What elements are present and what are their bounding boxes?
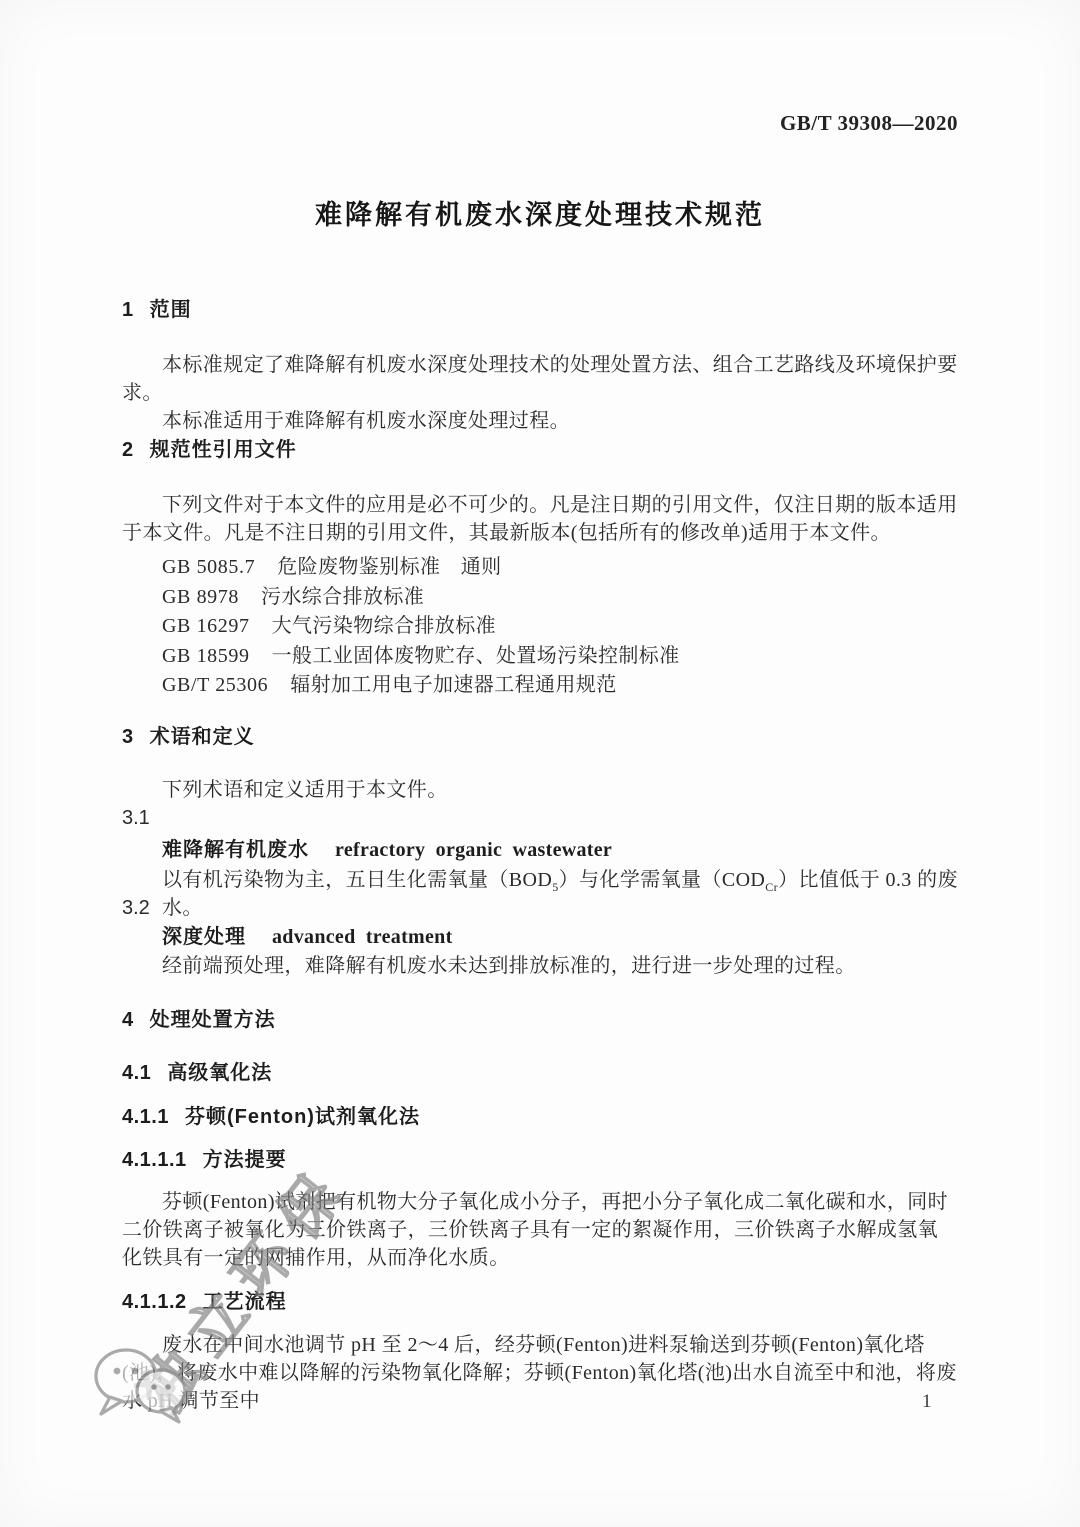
section-title: 方法提要: [203, 1149, 287, 1171]
term-number-3-1: 3.1: [122, 804, 958, 832]
term-chinese: 难降解有机废水: [162, 839, 309, 861]
section-4-heading: 4处理处置方法: [122, 1005, 958, 1035]
section-number: 1: [122, 299, 134, 321]
reference-name: 辐射加工用电子加速器工程通用规范: [290, 674, 616, 696]
standard-code: GB/T 39308—2020: [122, 110, 958, 136]
section-title: 处理处置方法: [150, 1009, 276, 1031]
term-line: 难降解有机废水refractory organic wastewater: [162, 836, 998, 864]
doc-title: 难降解有机废水深度处理技术规范: [122, 196, 958, 234]
section-3-heading: 3术语和定义: [122, 722, 958, 752]
reference-name: 一般工业固体废物贮存、处置场污染控制标准: [272, 645, 680, 667]
reference-item: GB 8978污水综合排放标准: [162, 583, 998, 613]
reference-item: GB 5085.7危险废物鉴别标准 通则: [162, 553, 998, 583]
term-line: 深度处理advanced treatment: [162, 923, 998, 951]
scope-paragraph-2: 本标准适用于难降解有机废水深度处理过程。: [122, 407, 958, 435]
reference-item: GB 16297大气污染物综合排放标准: [162, 612, 998, 642]
definition-segment: 以有机污染物为主，五日生化需氧量（BOD: [162, 869, 552, 891]
section-number: 4.1.1: [122, 1106, 169, 1128]
term-chinese: 深度处理: [162, 926, 246, 948]
scope-paragraphs: 本标准规定了难降解有机废水深度处理技术的处理处置方法、组合工艺路线及环境保护要求…: [122, 351, 958, 435]
references-intro: 下列文件对于本文件的应用是必不可少的。凡是注日期的引用文件，仅注日期的版本适用于…: [122, 491, 958, 547]
document-page: GB/T 39308—2020 难降解有机废水深度处理技术规范 1范围 本标准规…: [0, 0, 1080, 1527]
term-english: advanced treatment: [272, 926, 453, 948]
section-4-1-heading: 4.1高级氧化法: [122, 1058, 958, 1088]
term-entry-3-2: 深度处理advanced treatment: [122, 923, 998, 951]
section-number: 4.1.1.2: [122, 1291, 187, 1313]
definition-text: 经前端预处理，难降解有机废水未达到排放标准的，进行进一步处理的过程。: [162, 952, 998, 980]
section-number: 4: [122, 1009, 134, 1031]
definition-segment: ）与化学需氧量（COD: [559, 869, 766, 891]
reference-name: 大气污染物综合排放标准: [272, 615, 496, 637]
term-english: refractory organic wastewater: [335, 839, 612, 861]
term-number-3-2: 3.2: [122, 894, 958, 922]
process-flow-paragraph: 废水在中间水池调节 pH 至 2～4 后，经芬顿(Fenton)进料泵输送到芬顿…: [122, 1331, 958, 1415]
reference-item: GB 18599一般工业固体废物贮存、处置场污染控制标准: [162, 642, 998, 672]
section-1-heading: 1范围: [122, 295, 958, 325]
reference-code: GB 16297: [162, 615, 250, 637]
reference-item: GB/T 25306辐射加工用电子加速器工程通用规范: [162, 671, 998, 701]
definition-3-2: 经前端预处理，难降解有机废水未达到排放标准的，进行进一步处理的过程。: [122, 952, 998, 980]
section-4-1-1-1-heading: 4.1.1.1方法提要: [122, 1145, 958, 1175]
reference-name: 污水综合排放标准: [261, 586, 424, 608]
references-list: GB 5085.7危险废物鉴别标准 通则 GB 8978污水综合排放标准 GB …: [122, 553, 998, 701]
section-title: 规范性引用文件: [150, 439, 297, 461]
reference-code: GB 5085.7: [162, 556, 255, 578]
scope-paragraph-1: 本标准规定了难降解有机废水深度处理技术的处理处置方法、组合工艺路线及环境保护要求…: [122, 351, 958, 407]
section-title: 工艺流程: [203, 1291, 287, 1313]
section-4-1-1-2-heading: 4.1.1.2工艺流程: [122, 1287, 958, 1317]
section-title: 范围: [150, 299, 192, 321]
reference-code: GB/T 25306: [162, 674, 268, 696]
section-2-heading: 2规范性引用文件: [122, 435, 958, 465]
section-number: 3: [122, 726, 134, 748]
method-summary-paragraph: 芬顿(Fenton)试剂把有机物大分子氧化成小分子，再把小分子氧化成二氧化碳和水…: [122, 1188, 958, 1272]
section-number: 2: [122, 439, 134, 461]
section-title: 芬顿(Fenton)试剂氧化法: [185, 1106, 420, 1128]
page-number: 1: [922, 1390, 932, 1414]
subscript: Cr: [765, 880, 778, 894]
section-number: 4.1: [122, 1062, 151, 1084]
reference-code: GB 18599: [162, 645, 250, 667]
section-number: 4.1.1.1: [122, 1149, 187, 1171]
reference-name: 危险废物鉴别标准 通则: [277, 556, 501, 578]
section-title: 术语和定义: [150, 726, 255, 748]
section-4-1-1-heading: 4.1.1芬顿(Fenton)试剂氧化法: [122, 1102, 958, 1132]
section-title: 高级氧化法: [167, 1062, 272, 1084]
terms-intro: 下列术语和定义适用于本文件。: [122, 776, 958, 804]
reference-code: GB 8978: [162, 586, 239, 608]
term-entry-3-1: 难降解有机废水refractory organic wastewater: [122, 836, 998, 864]
